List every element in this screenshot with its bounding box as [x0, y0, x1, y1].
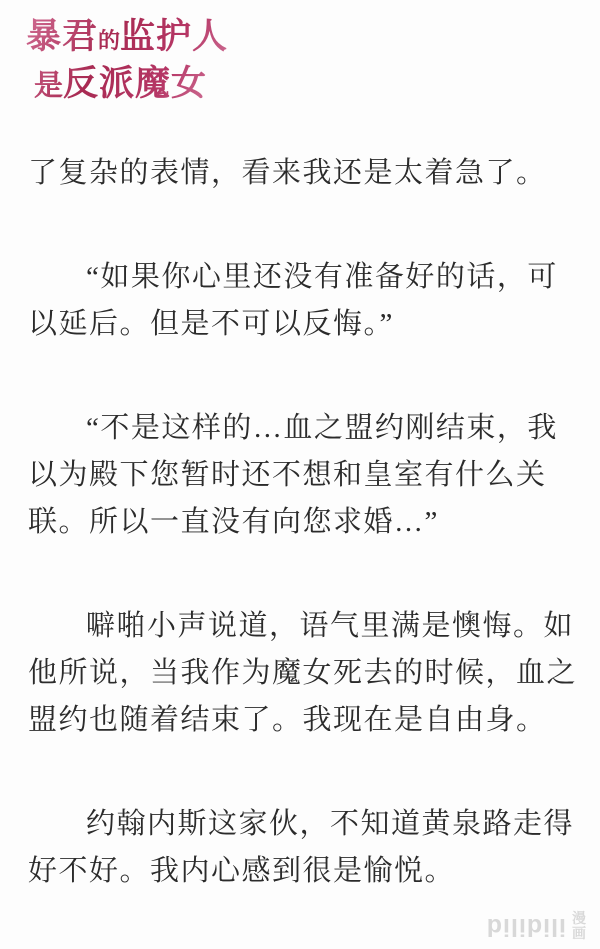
logo-text: 暴君 — [26, 17, 98, 56]
paragraph: 噼啪小声说道，语气里满是懊悔。如 他所说，当我作为魔女死去的时候，血之 盟约也随… — [28, 603, 574, 744]
logo-text: 反派 — [63, 64, 135, 103]
paragraph: 约翰内斯这家伙，不知道黄泉路走得 好不好。我内心感到很是愉悦。 — [28, 801, 574, 895]
logo-line-1: 暴君的监护人 — [26, 16, 228, 65]
text-line: “不是这样的…血之盟约刚结束，我 — [28, 405, 574, 452]
text-line: 他所说，当我作为魔女死去的时候，血之 — [28, 650, 574, 697]
logo-text: 魔女 — [135, 64, 207, 103]
text-line: 好不好。我内心感到很是愉悦。 — [28, 848, 574, 895]
text-line: 盟约也随着结束了。我现在是自由身。 — [28, 697, 574, 744]
paragraph: 了复杂的表情，看来我还是太着急了。 — [28, 150, 574, 197]
manga-label-top: 漫 — [572, 910, 586, 926]
bilibili-logo-text: bilibili — [487, 912, 567, 941]
manga-label-bottom: 画 — [572, 925, 586, 941]
text-line: “如果你心里还没有准备好的话，可 — [28, 254, 574, 301]
logo-line-2: 是反派魔女 — [26, 63, 228, 112]
bilibili-watermark: bilibili 漫 画 — [487, 911, 586, 941]
novel-text-page: 了复杂的表情，看来我还是太着急了。 “如果你心里还没有准备好的话，可 以延后。但… — [28, 150, 574, 949]
paragraph: “如果你心里还没有准备好的话，可 以延后。但是不可以反悔。” — [28, 254, 574, 348]
text-line: 约翰内斯这家伙，不知道黄泉路走得 — [28, 801, 574, 848]
text-line: 以延后。但是不可以反悔。” — [28, 301, 574, 348]
manga-label: 漫 画 — [572, 911, 586, 941]
text-line: 噼啪小声说道，语气里满是懊悔。如 — [28, 603, 574, 650]
text-line: 了复杂的表情，看来我还是太着急了。 — [28, 150, 574, 197]
paragraph: “不是这样的…血之盟约刚结束，我 以为殿下您暂时还不想和皇室有什么关 联。所以一… — [28, 405, 574, 546]
text-line: 联。所以一直没有向您求婚…” — [28, 499, 574, 546]
logo-text: 的 — [98, 28, 120, 53]
text-line: 以为殿下您暂时还不想和皇室有什么关 — [28, 452, 574, 499]
logo-text: 监护人 — [120, 17, 228, 56]
logo-text: 是 — [34, 70, 63, 102]
series-title-logo: 暴君的监护人 是反派魔女 — [26, 16, 228, 112]
